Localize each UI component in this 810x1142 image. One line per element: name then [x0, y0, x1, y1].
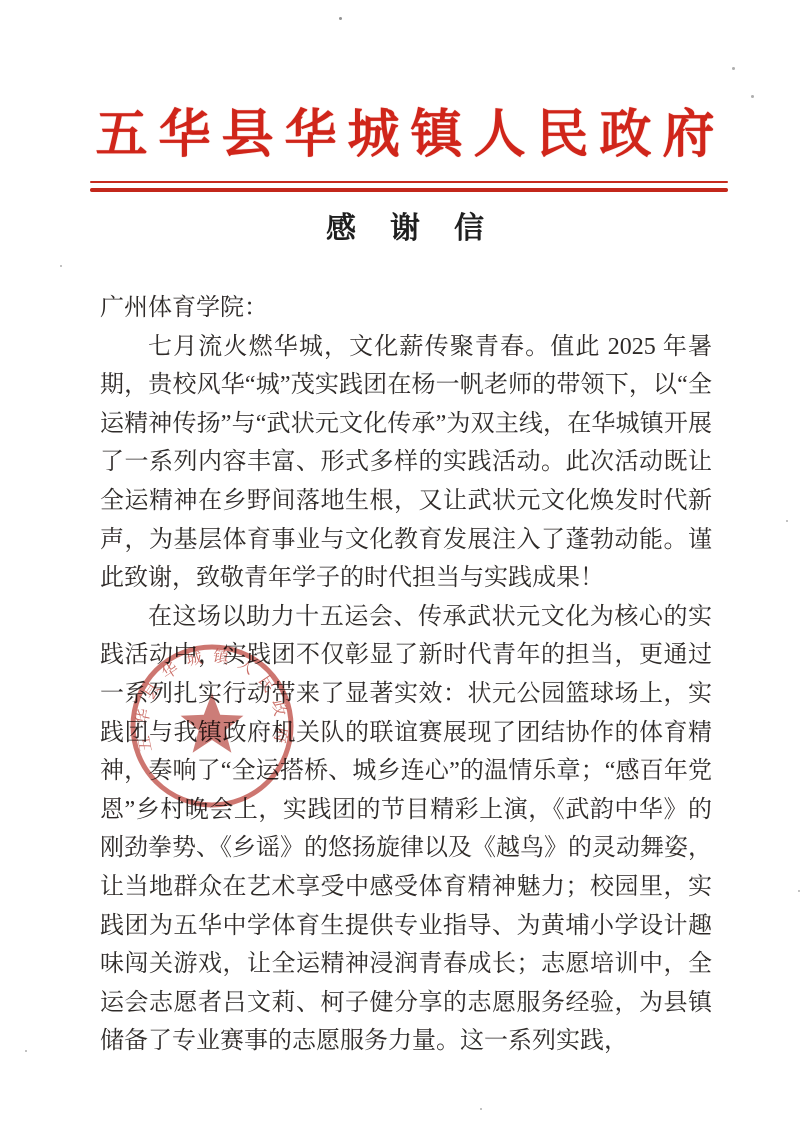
scan-speck: [798, 890, 800, 892]
letter-title: 感谢信: [0, 211, 810, 247]
letterhead-org-name: 五华县华城镇人民政府: [0, 108, 810, 164]
paragraph-2: 在这场以助力十五运会、传承武状元文化为核心的实践活动中，实践团不仅彰显了新时代青…: [100, 598, 712, 1061]
paragraph-1: 七月流火燃华城，文化薪传聚青春。值此 2025 年暑期，贵校风华“城”茂实践团在…: [100, 328, 712, 598]
letter-body: 广州体育学院： 七月流火燃华城，文化薪传聚青春。值此 2025 年暑期，贵校风华…: [100, 289, 712, 1061]
scanned-letter-page: 五华县华城镇人民政府 感谢信 广州体育学院： 七月流火燃华城，文化薪传聚青春。值…: [0, 0, 810, 1142]
scan-speck: [732, 67, 735, 70]
scan-speck: [339, 17, 342, 20]
letterhead-rule-thin: [90, 181, 728, 183]
letterhead-rule-thick: [90, 188, 728, 192]
scan-speck: [25, 1050, 27, 1052]
scan-speck: [786, 520, 788, 522]
scan-speck: [751, 95, 754, 98]
salutation: 广州体育学院：: [100, 289, 712, 328]
scan-speck: [480, 1108, 482, 1110]
scan-speck: [60, 265, 62, 267]
